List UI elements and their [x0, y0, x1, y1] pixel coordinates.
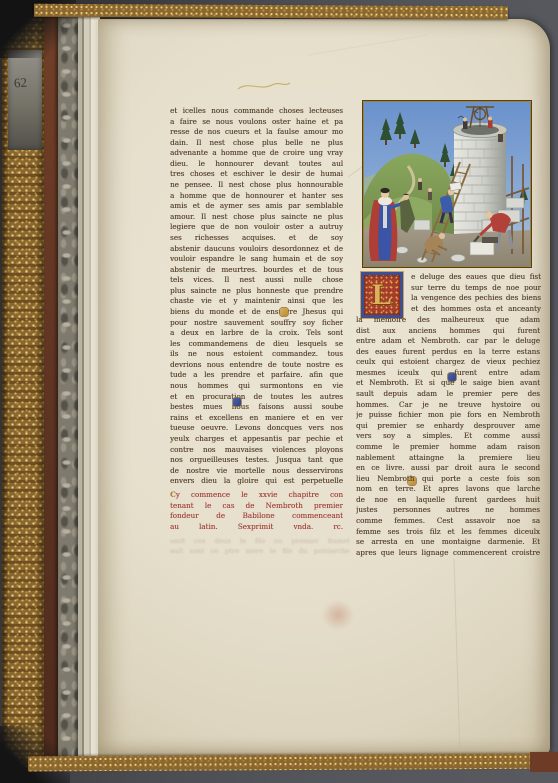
bleedthrough-line: ault sont ce ptre mere le fils du patria…: [170, 547, 350, 557]
rubric-line: fondeur de Babilone commenceant: [170, 511, 343, 522]
text-line: chaste vie et y maintenir ainsi que les: [170, 296, 343, 307]
text-line: e deluge des eaues que dieu fist: [411, 272, 541, 283]
gilded-initial-mark: [280, 308, 288, 316]
text-line: en ce livre. aussi par droit aura le sec…: [356, 463, 540, 474]
page-edge-stack: [78, 16, 100, 758]
tower-of-babel-miniature: [362, 100, 532, 268]
text-line: et des hommes osta et anceanty: [411, 304, 541, 315]
text-line: nous hommes qui surmontons en vie: [170, 381, 343, 392]
bleedthrough-line: amit ces deux le fils ou premier fiumet: [170, 537, 350, 547]
text-line: tueuse oeuvre. Levons doncques vers nos: [170, 423, 343, 434]
text-line: ses richesses acquises. et de soy: [170, 233, 343, 244]
text-line: devrions nous entendre de toute nostre e…: [170, 360, 343, 371]
text-line: dist aux anciens hommes qui furent: [356, 326, 540, 337]
chapter-opening-text: e deluge des eaues que dieu fistsur terr…: [411, 272, 541, 314]
text-line: se arresta en une montaigne darmenie. Et: [356, 537, 540, 548]
text-line: contre nos mauvaises violences ployons: [170, 445, 343, 456]
gilt-page-edge-top: [34, 4, 508, 19]
text-line: rains et excellens en maniere et en ver: [170, 413, 343, 424]
text-line: entre adam et Nembroth. car par le delug…: [356, 336, 540, 347]
body-text-right: la memoire des malheureux que adamdist a…: [356, 315, 540, 558]
binding-corner-bottom-right: [530, 752, 558, 772]
text-line: qui premier se enhardy desprouver ame: [356, 421, 540, 432]
text-line: vers soy a simples. Et comme aussi: [356, 431, 540, 442]
text-line: vouloir espandre le sang humain et de so…: [170, 254, 343, 265]
rubric-line: au latin. Sexprimit vnda. rc.: [170, 522, 343, 533]
gilded-initial-mark: [233, 398, 241, 406]
faint-library-stamp: [322, 600, 354, 630]
text-line: sur terre du temps de noe pour: [411, 283, 541, 294]
text-line: je puisse fichier mon pie fors en Nembro…: [356, 410, 540, 421]
text-line: sault depuis adam le premier pere des: [356, 389, 540, 400]
text-line: de nostre vie mortelle nous desservirons: [170, 466, 343, 477]
text-line: tres choses et eschiver le desir de huma…: [170, 169, 343, 180]
text-line: amis et de aymer ses amis par semblable: [170, 201, 343, 212]
text-line: mesmes iceulx qui furent entre adam: [356, 368, 540, 379]
text-line: abstenir daucuns vouloirs desordonnez et…: [170, 244, 343, 255]
leather-spine-strip: [44, 10, 58, 766]
text-line: tels vices. Il nest aussi nulle chose: [170, 275, 343, 286]
text-line: apres que leurs lignage commencerent cro…: [356, 548, 540, 559]
decorated-initial-L: L: [361, 272, 403, 318]
text-line: nos orgueilleuses testes. Jusqua tant qu…: [170, 455, 343, 466]
text-line: amour. Il nest chose plus saincte ne plu…: [170, 212, 343, 223]
flyleaf-patch: 62: [8, 50, 42, 150]
rubric-line: Cy commence le xxvie chapitre con: [170, 490, 343, 501]
text-line: comme femmes. Cest assavoir noe sa: [356, 516, 540, 527]
text-line: tude a les prendre et parfaire. afin que: [170, 370, 343, 381]
marbled-endpaper-strip: [58, 14, 78, 762]
text-line: plus saincte ne plus honneste que prendr…: [170, 286, 343, 297]
parchment-leaf: et icelles nous commande choses lecteuse…: [98, 19, 550, 757]
rubric-line: tenant le cas de Nembroth premier: [170, 501, 343, 512]
text-line: la vengence des pechies des biens: [411, 293, 541, 304]
text-line: a faire se nous voulons oster haine et p…: [170, 117, 343, 128]
gilt-page-edge-bottom: [28, 754, 558, 772]
text-line: et en procuration de toutes les autres: [170, 392, 343, 403]
text-line: dain. Il nest chose plus belle ne plus: [170, 138, 343, 149]
folio-number: 62: [14, 76, 28, 91]
text-line: abstenir de meurtres. bourdes et de tous: [170, 265, 343, 276]
text-column-left: et icelles nous commande choses lecteuse…: [170, 106, 343, 556]
text-line: justes personnes autres ne hommes: [356, 505, 540, 516]
text-line: nablement attaingne la premiere lieu: [356, 453, 540, 464]
body-text-left: et icelles nous commande choses lecteuse…: [170, 106, 343, 487]
manuscript-page-photo: 62 et icelles nous commande choses lecte…: [0, 0, 558, 783]
text-line: et icelles nous commande choses lecteuse…: [170, 106, 343, 117]
text-line: comme le premier homme adam raison: [356, 442, 540, 453]
text-line: resse de nos cueurs et la faulse amour m…: [170, 127, 343, 138]
text-line: dieu. le honnourer devant toutes aul: [170, 159, 343, 170]
text-line: ceulx qui estoient chargez de vieux pech…: [356, 357, 540, 368]
dark-corner-bottom-left: [0, 726, 70, 783]
text-line: envers dieu la gloire qui est perpetuell…: [170, 476, 343, 487]
text-line: pour nostre sauvement souffry soy ficher: [170, 318, 343, 329]
text-line: de noe en laquelle furent gardees huit: [356, 495, 540, 506]
text-line: nom en terre. Et apres lavons que larche: [356, 484, 540, 495]
text-line: ils ne nous estoient commandez. tous: [170, 349, 343, 360]
text-line: hommes. Car je ne treuve hystoire ou: [356, 400, 540, 411]
text-line: bestes mues nous faisons aussi soube: [170, 402, 343, 413]
text-line: lieu Nembroth qui porte a ceste fois son: [356, 474, 540, 485]
chapter-rubric: Cy commence le xxvie chapitre contenant …: [170, 490, 343, 533]
text-line: advenante a homme que de croire ung vray: [170, 148, 343, 159]
text-line: et Nembroth. Et si que le saige bien ava…: [356, 378, 540, 389]
text-line: ne pensee. Il nest chose plus honnourabl…: [170, 180, 343, 191]
text-line: la memoire des malheureux que adam: [356, 315, 540, 326]
bleedthrough-text: amit ces deux le fils ou premier fiumeta…: [170, 537, 343, 556]
text-line: femme ses trois filz et les femmes diceu…: [356, 527, 540, 538]
text-line: les commandemens de dieu lesquels se: [170, 339, 343, 350]
text-line: a homme que de honnourer et hanter ses: [170, 191, 343, 202]
text-line: legiere que de non vouloir oster a autru…: [170, 222, 343, 233]
text-line: des eaues furent perdus en la terre esta…: [356, 347, 540, 358]
text-line: a deux en larbre de la croix. Tels sont: [170, 328, 343, 339]
text-line: yeulx charges et appesantis par pechie e…: [170, 434, 343, 445]
drop-cap-letter: L: [372, 280, 392, 310]
text-line: biens du monde et de ensuivre Jhesus qui: [170, 307, 343, 318]
